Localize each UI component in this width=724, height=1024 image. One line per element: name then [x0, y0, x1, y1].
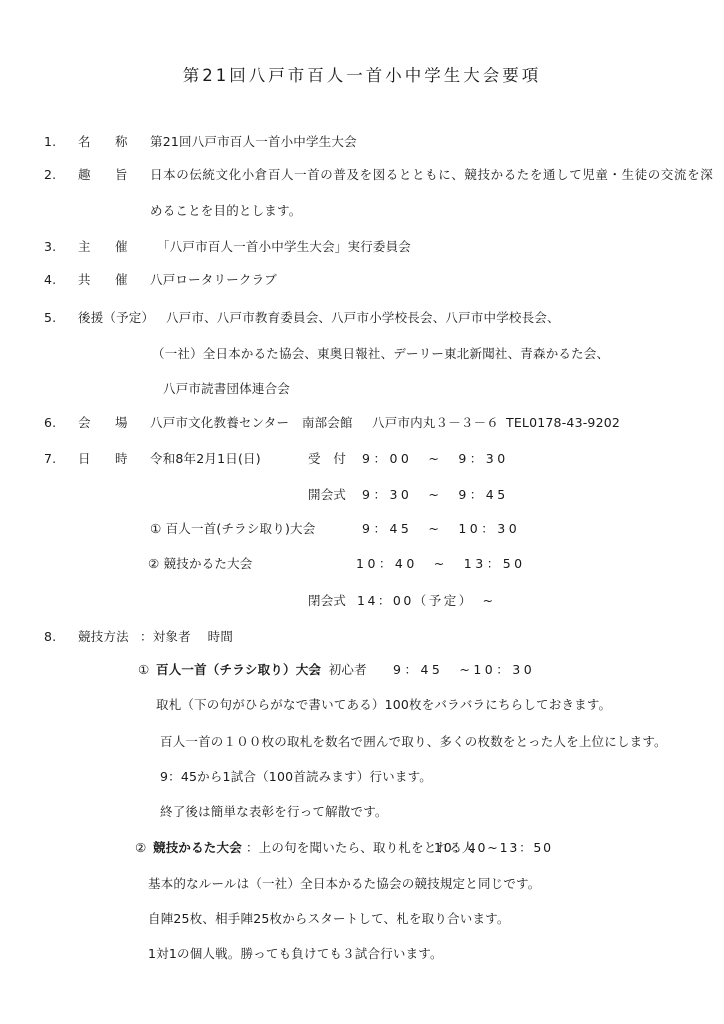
supporters-line-3: 八戸市読書団体連合会: [163, 381, 290, 397]
event-date: 令和8年2月1日(日): [150, 451, 261, 467]
event-1-rule-1: 取札（下の句がひらがなで書いてある）100枚をバラバラにちらしておきます。: [156, 697, 611, 713]
section-5-label: 後援（予定）: [78, 310, 154, 326]
section-6-label-b: 場: [115, 415, 128, 431]
event-2-rule-1: 基本的なルールは（一社）全日本かるた協会の競技規定と同じです。: [148, 876, 540, 892]
section-2-label-b: 旨: [115, 167, 128, 183]
section-1-label-b: 称: [115, 134, 128, 150]
section-4-number: 4.: [44, 272, 56, 288]
method-event-1-marker: ①: [138, 662, 149, 678]
organizer: 「八戸市百人一首小中学生大会」実行委員会: [157, 239, 411, 255]
section-8-number: 8.: [44, 629, 56, 645]
section-2-number: 2.: [44, 167, 56, 183]
event-name: 第21回八戸市百人一首小中学生大会: [150, 134, 357, 150]
opening-time: 9：30 ~ 9：45: [362, 487, 509, 503]
schedule-event-1-label: ① 百人一首(チラシ取り)大会: [150, 521, 315, 537]
section-7-label-b: 時: [115, 451, 128, 467]
schedule-event-1-time: 9：45 ~ 10：30: [362, 521, 520, 537]
section-2-label-a: 趣: [78, 167, 91, 183]
document-page: 第21回八戸市百人一首小中学生大会要項 1. 名 称 第21回八戸市百人一首小中…: [0, 0, 724, 1024]
section-3-label-a: 主: [78, 239, 91, 255]
section-4-label-b: 催: [115, 272, 128, 288]
opening-label: 開会式: [308, 487, 346, 503]
event-1-rule-3: 9：45から1試合（100首読みます）行います。: [160, 769, 432, 785]
venue-tel: TEL0178-43-9202: [506, 415, 620, 431]
section-6-number: 6.: [44, 415, 56, 431]
method-event-1-target: ：初心者: [316, 662, 367, 678]
method-event-1-time: 9：45 ~10：30: [393, 662, 535, 678]
supporters-line-2: （一社）全日本かるた協会、東奥日報社、デーリー東北新聞社、青森かるた会、: [152, 346, 609, 362]
section-1-number: 1.: [44, 134, 56, 150]
section-1-label-a: 名: [78, 134, 91, 150]
schedule-event-2-label: ② 競技かるた大会: [148, 556, 252, 572]
section-4-label-a: 共: [78, 272, 91, 288]
venue-address: 八戸市内丸３－３－６: [372, 415, 499, 431]
document-title: 第21回八戸市百人一首小中学生大会要項: [0, 62, 724, 86]
section-5-number: 5.: [44, 310, 56, 326]
closing-time: 14：00（予定） ~: [357, 593, 496, 609]
method-event-2-marker: ②: [135, 840, 146, 856]
section-3-number: 3.: [44, 239, 56, 255]
method-event-1-name: 百人一首（チラシ取り）大会: [156, 662, 321, 678]
supporters-line-1: 八戸市、八戸市教育委員会、八戸市小学校長会、八戸市中学校長会、: [166, 310, 560, 326]
section-7-number: 7.: [44, 451, 56, 467]
purpose-line-1: 日本の伝統文化小倉百人一首の普及を図るとともに、競技かるたを通して児童・生徒の交…: [150, 167, 713, 183]
closing-label: 閉会式: [308, 593, 346, 609]
event-2-rule-3: 1対1の個人戦。勝っても負けても３試合行います。: [148, 946, 443, 962]
co-organizer: 八戸ロータリークラブ: [150, 272, 277, 288]
event-1-rule-2: 百人一首の１００枚の取札を数名で囲んで取り、多くの枚数をとった人を上位にします。: [160, 734, 667, 750]
method-header: ：対象者 時間: [140, 629, 233, 645]
section-8-label: 競技方法: [78, 629, 129, 645]
event-1-rule-4: 終了後は簡単な表彰を行って解散です。: [160, 804, 388, 820]
event-2-rule-2: 自陣25枚、相手陣25枚からスタートして、札を取り合います。: [148, 911, 510, 927]
purpose-line-2: めることを目的とします。: [150, 203, 301, 219]
method-event-2-time: 10：40~13：50: [434, 840, 553, 856]
reception-label: 受 付: [308, 451, 346, 467]
section-3-label-b: 催: [115, 239, 128, 255]
schedule-event-2-time: 10：40 ~ 13：50: [356, 556, 526, 572]
method-event-2-name: 競技かるた大会: [153, 840, 242, 856]
venue-place: 八戸市文化教養センター 南部会館: [150, 415, 353, 431]
reception-time: 9：00 ~ 9：30: [362, 451, 509, 467]
section-6-label-a: 会: [78, 415, 91, 431]
section-7-label-a: 日: [78, 451, 91, 467]
